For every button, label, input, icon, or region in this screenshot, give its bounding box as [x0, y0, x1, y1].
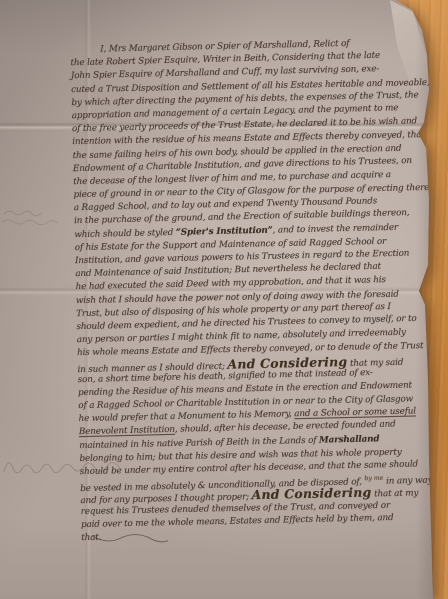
pencil-margin-note: [0, 200, 70, 240]
manuscript-segment: “Spier's Institution”: [176, 225, 273, 237]
manuscript-paper: I, Mrs Margaret Gibson or Spier of Marsh…: [0, 0, 448, 599]
manuscript-text-block: I, Mrs Margaret Gibson or Spier of Marsh…: [70, 36, 447, 545]
manuscript-segment: that at my: [371, 489, 418, 500]
manuscript-segment: by me: [364, 475, 383, 482]
photo-of-handwritten-deed: I, Mrs Margaret Gibson or Spier of Marsh…: [0, 0, 448, 599]
end-flourish: [90, 527, 171, 548]
manuscript-segment: which should be styled: [74, 227, 176, 239]
manuscript-segment: Marshalland: [319, 434, 380, 445]
manuscript-segment: , and to invest the remainder: [272, 222, 398, 235]
manuscript-segment: in any way: [383, 476, 432, 487]
paper-sheet-wrapper: I, Mrs Margaret Gibson or Spier of Marsh…: [0, 0, 448, 599]
manuscript-segment: Benevolent Institution: [79, 425, 175, 437]
